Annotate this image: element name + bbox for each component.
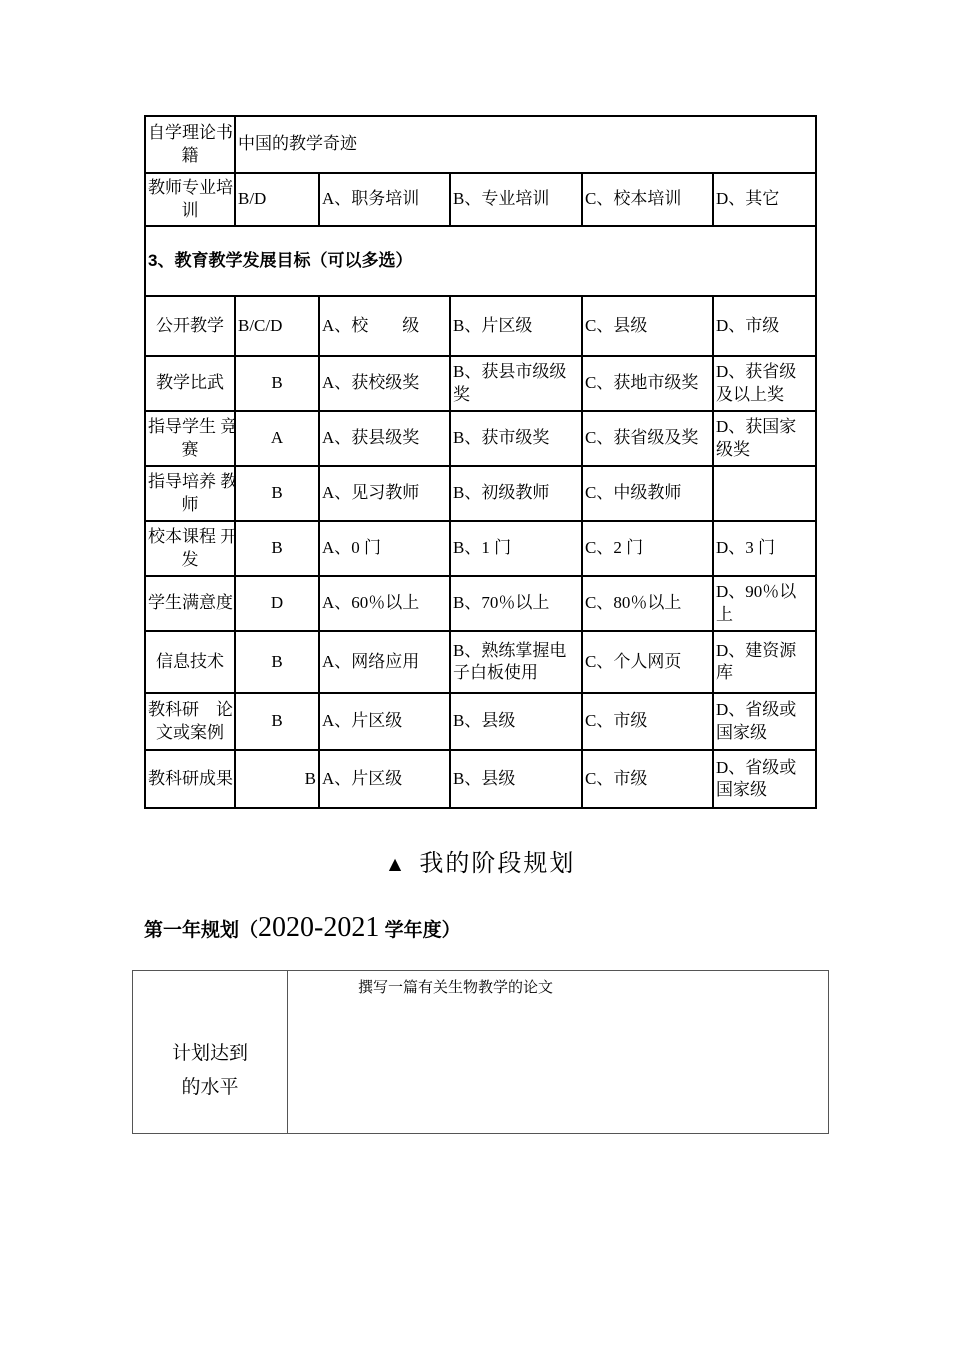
table-row: 指导培养 教 师 B A、见习教师 B、初级教师 C、中级教师 bbox=[145, 466, 816, 521]
plan-line-prefix: 第一年规划（ bbox=[144, 920, 258, 941]
section-row: 3、教育教学发展目标（可以多选） bbox=[145, 226, 816, 296]
answer-cell: B bbox=[235, 356, 319, 411]
option-cell: A、校 级 bbox=[319, 296, 450, 356]
option-cell: A、0 门 bbox=[319, 521, 450, 576]
option-cell: A、片区级 bbox=[319, 693, 450, 750]
table-row: 自学理论书 籍 中国的教学奇迹 bbox=[145, 116, 816, 173]
option-cell: C、2 门 bbox=[582, 521, 713, 576]
table-row: 指导学生 竞 赛 A A、获县级奖 B、获市级奖 C、获省级及奖 D、获国家 级… bbox=[145, 411, 816, 466]
row-header-cell: 指导培养 教 师 bbox=[145, 466, 235, 521]
answer-cell: A bbox=[235, 411, 319, 466]
option-cell: A、片区级 bbox=[319, 750, 450, 808]
option-cell: C、市级 bbox=[582, 693, 713, 750]
triangle-marker-icon: ▲ bbox=[385, 852, 406, 876]
option-cell: B、县级 bbox=[450, 750, 582, 808]
row-header-cell: 教科研 论 文或案例 bbox=[145, 693, 235, 750]
option-cell: C、县级 bbox=[582, 296, 713, 356]
answer-cell: B/D bbox=[235, 173, 319, 226]
row-header-cell: 校本课程 开 发 bbox=[145, 521, 235, 576]
plan-line-suffix: 学年度） bbox=[379, 920, 460, 941]
table-row: 教科研 论 文或案例 B A、片区级 B、县级 C、市级 D、省级或 国家级 bbox=[145, 693, 816, 750]
option-cell: B、初级教师 bbox=[450, 466, 582, 521]
option-cell: C、中级教师 bbox=[582, 466, 713, 521]
row-header-cell: 自学理论书 籍 bbox=[145, 116, 235, 173]
option-cell: C、80％以上 bbox=[582, 576, 713, 631]
option-cell: D、市级 bbox=[713, 296, 816, 356]
table-row: 学生满意度 D A、60％以上 B、70％以上 C、80％以上 D、90％以 上 bbox=[145, 576, 816, 631]
table-row: 教师专业培 训 B/D A、职务培训 B、专业培训 C、校本培训 D、其它 bbox=[145, 173, 816, 226]
option-cell: A、职务培训 bbox=[319, 173, 450, 226]
option-cell: D、建资源 库 bbox=[713, 631, 816, 693]
plan-table: 计划达到 的水平 撰写一篇有关生物教学的论文 bbox=[132, 970, 829, 1134]
option-cell: D、获国家 级奖 bbox=[713, 411, 816, 466]
option-cell: A、获校级奖 bbox=[319, 356, 450, 411]
table-row: 计划达到 的水平 撰写一篇有关生物教学的论文 bbox=[133, 971, 829, 1134]
plan-years: 2020-2021 bbox=[258, 912, 379, 943]
option-cell: D、省级或 国家级 bbox=[713, 693, 816, 750]
option-cell: C、市级 bbox=[582, 750, 713, 808]
row-header-cell: 信息技术 bbox=[145, 631, 235, 693]
option-cell: C、校本培训 bbox=[582, 173, 713, 226]
answer-cell: B bbox=[235, 631, 319, 693]
table-row: 公开教学 B/C/D A、校 级 B、片区级 C、县级 D、市级 bbox=[145, 296, 816, 356]
row-header-cell: 教师专业培 训 bbox=[145, 173, 235, 226]
row-header-cell: 学生满意度 bbox=[145, 576, 235, 631]
table-row: 教科研成果 B A、片区级 B、县级 C、市级 D、省级或 国家级 bbox=[145, 750, 816, 808]
option-cell: C、获地市级奖 bbox=[582, 356, 713, 411]
plan-content-cell: 撰写一篇有关生物教学的论文 bbox=[288, 971, 829, 1134]
first-year-plan-line: 第一年规划（2020-2021 学年度） bbox=[144, 912, 461, 944]
option-cell: B、专业培训 bbox=[450, 173, 582, 226]
option-cell: D、其它 bbox=[713, 173, 816, 226]
answer-cell: B bbox=[235, 750, 319, 808]
row-header-cell: 公开教学 bbox=[145, 296, 235, 356]
option-cell: C、个人网页 bbox=[582, 631, 713, 693]
row-header-cell: 指导学生 竞 赛 bbox=[145, 411, 235, 466]
stage-plan-heading: ▲我的阶段规划 bbox=[0, 843, 960, 878]
option-cell: A、60％以上 bbox=[319, 576, 450, 631]
answer-cell: D bbox=[235, 576, 319, 631]
option-cell: A、网络应用 bbox=[319, 631, 450, 693]
option-cell: D、90％以 上 bbox=[713, 576, 816, 631]
table-row: 信息技术 B A、网络应用 B、熟练掌握电 子白板使用 C、个人网页 D、建资源… bbox=[145, 631, 816, 693]
option-cell: B、70％以上 bbox=[450, 576, 582, 631]
option-cell: B、片区级 bbox=[450, 296, 582, 356]
option-cell: B、获县市级级 奖 bbox=[450, 356, 582, 411]
answer-cell: B bbox=[235, 693, 319, 750]
table-row: 校本课程 开 发 B A、0 门 B、1 门 C、2 门 D、3 门 bbox=[145, 521, 816, 576]
section-heading: 3、教育教学发展目标（可以多选） bbox=[145, 226, 816, 296]
option-cell: A、见习教师 bbox=[319, 466, 450, 521]
answer-cell: B bbox=[235, 466, 319, 521]
option-cell: A、获县级奖 bbox=[319, 411, 450, 466]
option-cell: B、1 门 bbox=[450, 521, 582, 576]
plan-row-header-cell: 计划达到 的水平 bbox=[133, 971, 288, 1134]
option-cell: B、县级 bbox=[450, 693, 582, 750]
option-cell: D、3 门 bbox=[713, 521, 816, 576]
stage-plan-title: 我的阶段规划 bbox=[419, 851, 575, 877]
answer-cell: B/C/D bbox=[235, 296, 319, 356]
survey-table: 自学理论书 籍 中国的教学奇迹 教师专业培 训 B/D A、职务培训 B、专业培… bbox=[144, 115, 817, 809]
row-header-cell: 教科研成果 bbox=[145, 750, 235, 808]
option-cell bbox=[713, 466, 816, 521]
option-cell: C、获省级及奖 bbox=[582, 411, 713, 466]
value-cell: 中国的教学奇迹 bbox=[235, 116, 816, 173]
table-row: 教学比武 B A、获校级奖 B、获县市级级 奖 C、获地市级奖 D、获省级 及以… bbox=[145, 356, 816, 411]
option-cell: B、熟练掌握电 子白板使用 bbox=[450, 631, 582, 693]
document-page: 自学理论书 籍 中国的教学奇迹 教师专业培 训 B/D A、职务培训 B、专业培… bbox=[0, 0, 960, 1357]
option-cell: B、获市级奖 bbox=[450, 411, 582, 466]
row-header-cell: 教学比武 bbox=[145, 356, 235, 411]
option-cell: D、获省级 及以上奖 bbox=[713, 356, 816, 411]
answer-cell: B bbox=[235, 521, 319, 576]
option-cell: D、省级或 国家级 bbox=[713, 750, 816, 808]
